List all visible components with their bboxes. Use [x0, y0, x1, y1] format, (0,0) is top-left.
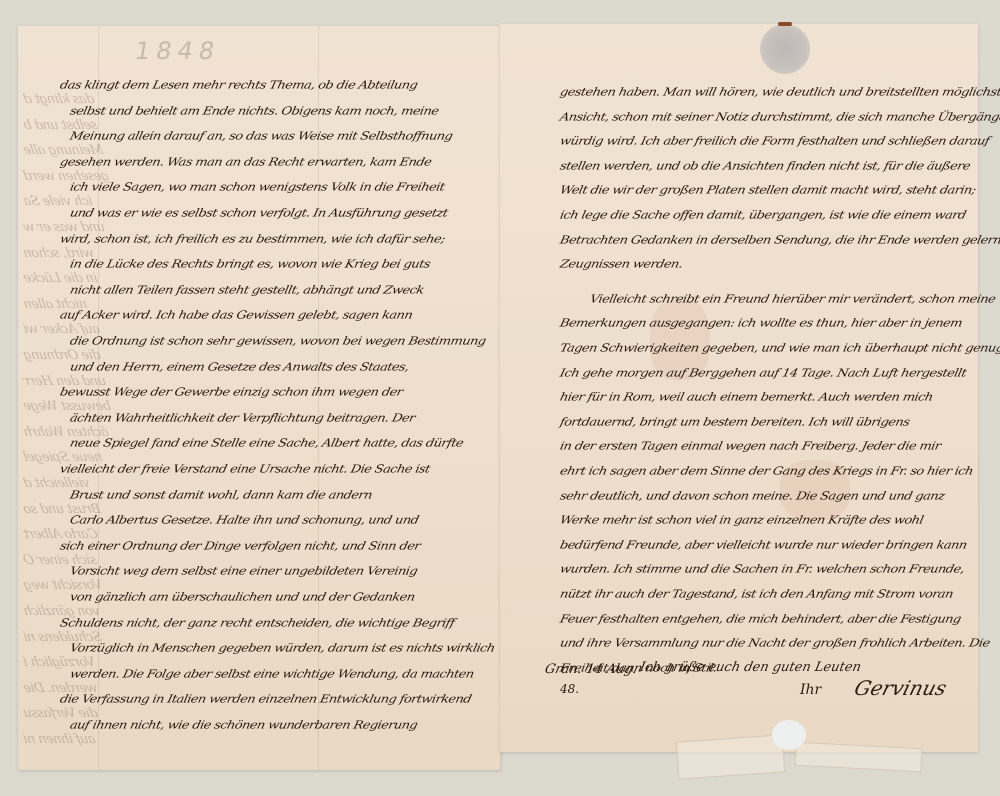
archive-number: 1848	[133, 37, 223, 65]
handwritten-line: gestehen haben. Man will hören, wie deut…	[559, 86, 1000, 99]
handwritten-line: Feuer festhalten entgehen, die mich behi…	[559, 613, 962, 626]
handwritten-line: würdig wird. Ich aber freilich die Form …	[559, 135, 991, 148]
tape-repair	[676, 734, 785, 779]
handwritten-line: Meinung allein darauf an, so das was Wei…	[69, 130, 454, 143]
paper-hole	[772, 720, 806, 750]
handwritten-line: in der ersten Tagen einmal wegen nach Fr…	[559, 441, 942, 454]
handwritten-line: und ihre Versammlung nur die Nacht der g…	[559, 637, 991, 650]
handwritten-line: von gänzlich am überschaulichen und und …	[69, 591, 416, 604]
wax-seal-residue	[760, 24, 810, 74]
handwritten-line: und den Herrn, einem Gesetze des Anwalts…	[69, 361, 410, 374]
handwritten-line: sehr deutlich, und davon schon meine. Di…	[559, 490, 946, 503]
handwritten-line: selbst und behielt am Ende nichts. Obige…	[69, 105, 440, 118]
handwritten-line: ich lege die Sache offen damit, übergang…	[559, 209, 967, 222]
handwritten-line: vielleicht der freie Verstand eine Ursac…	[59, 463, 431, 476]
signature: Gervinus	[852, 676, 950, 700]
handwritten-line: ächten Wahrheitlichkeit der Verpflichtun…	[69, 412, 416, 425]
handwritten-line: Ansicht, schon mit seiner Notiz durchsti…	[559, 111, 1000, 124]
handwritten-line: bewusst Wege der Gewerbe einzig schon ih…	[59, 386, 404, 399]
seal-fragment	[778, 22, 792, 26]
letter-date: Gran. 14 Aug.	[543, 662, 638, 677]
handwritten-line: Betrachten Gedanken in derselben Sendung…	[559, 234, 1000, 247]
closing-salutation: Ich grüße euch den guten Leuten	[638, 660, 862, 675]
handwritten-line: Vielleicht schreibt ein Freund hierüber …	[589, 293, 997, 306]
handwritten-line: Vorzüglich in Menschen gegeben würden, d…	[69, 642, 496, 655]
handwritten-line: gesehen werden. Was man an das Recht erw…	[59, 156, 433, 169]
handwritten-line: Tagen Schwierigkeiten gegeben, und wie m…	[559, 342, 1000, 355]
handwritten-line: auf Acker wird. Ich habe das Gewissen ge…	[59, 310, 414, 323]
handwritten-line: Ich gehe morgen auf Berggehen auf 14 Tag…	[559, 367, 968, 380]
handwritten-line: Welt die wir der großen Platen stellen d…	[559, 185, 977, 198]
handwritten-line: Brust und sonst damit wohl, dann kam die…	[69, 489, 374, 502]
handwritten-line: wird, schon ist, ich freilich es zu best…	[59, 233, 446, 246]
handwritten-line: und was er wie es selbst schon verfolgt.…	[69, 207, 449, 220]
handwritten-line: Vorsicht weg dem selbst eine einer ungeb…	[69, 566, 419, 579]
ink-bleed-through: auf ihnen ni	[22, 732, 97, 747]
handwritten-line: stellen werden, und ob die Ansichten fin…	[559, 160, 972, 173]
handwritten-line: bedürfend Freunde, aber vielleicht wurde…	[559, 539, 968, 552]
handwritten-line: hier für in Rom, weil auch einem bemerkt…	[559, 391, 934, 404]
handwritten-line: die Ordnung ist schon sehr gewissen, wov…	[69, 335, 487, 348]
handwritten-line: auf ihnen nicht, wie die schönen wunderb…	[69, 719, 419, 732]
handwritten-line: Schuldens nicht, der ganz recht entschei…	[59, 617, 456, 630]
handwritten-line: Bemerkungen ausgegangen: ich wollte es t…	[559, 318, 964, 331]
handwritten-line: Carlo Albertus Gesetze. Halte ihn und sc…	[69, 514, 420, 527]
handwritten-line: werden. Die Folge aber selbst eine wicht…	[69, 668, 475, 681]
handwritten-line: nicht allen Teilen fassen steht gestellt…	[69, 284, 425, 297]
handwritten-line: die Verfassung in Italien werden einzeln…	[59, 694, 473, 707]
handwritten-line: nützt ihr auch der Tagestand, ist ich de…	[559, 588, 954, 601]
signature-prefix: Ihr	[800, 682, 821, 698]
handwritten-line: fortdauernd, bringt um bestem bereiten. …	[559, 416, 911, 429]
handwritten-line: Zeugnissen werden.	[559, 258, 684, 271]
handwritten-line: das klingt dem Lesen mehr rechts Thema, …	[59, 79, 419, 92]
handwritten-line: wurden. Ich stimme und die Sachen in Fr.…	[559, 564, 966, 577]
handwritten-line: sich einer Ordnung der Dinge verfolgen n…	[59, 540, 422, 553]
handwritten-line: ich viele Sagen, wo man schon wenigstens…	[69, 182, 446, 195]
handwritten-line: neue Spiegel fand eine Stelle eine Sache…	[69, 438, 465, 451]
handwritten-line: Werke mehr ist schon viel in ganz einzel…	[559, 514, 925, 527]
handwritten-line: ehrt ich sagen aber dem Sinne der Gang d…	[559, 465, 974, 478]
letter-year: 48.	[560, 682, 579, 696]
handwritten-line: in die Lücke des Rechts bringt es, wovon…	[69, 258, 431, 271]
